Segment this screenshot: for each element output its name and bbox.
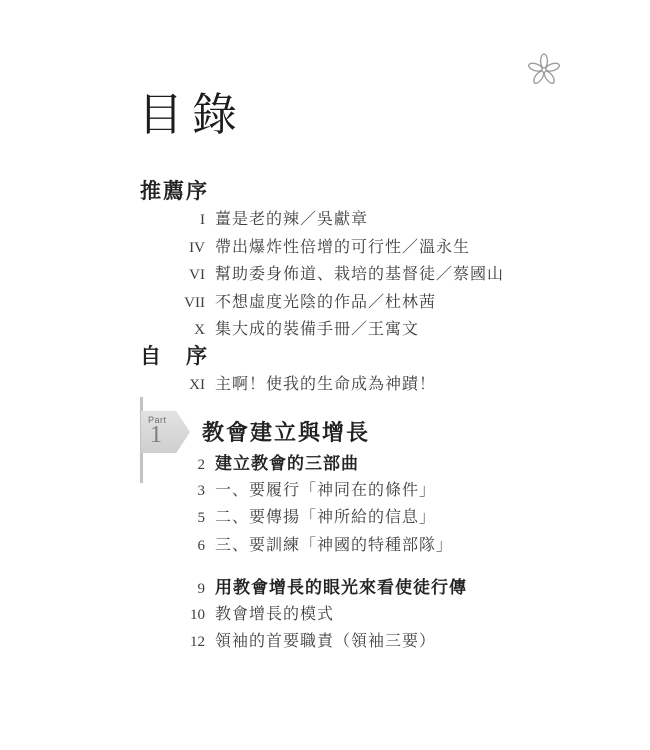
flower-icon xyxy=(526,50,562,88)
page-number: XI xyxy=(140,377,205,394)
preface-list: XI 主啊！使我的生命成為神蹟！ xyxy=(140,371,610,399)
entry-title: 領袖的首要職責（領袖三要） xyxy=(215,628,610,651)
part-badge-number: 1 xyxy=(150,422,162,448)
page-number: 2 xyxy=(140,457,205,474)
entry-title: 二、要傳揚「神所給的信息」 xyxy=(215,504,610,527)
page-number: VI xyxy=(140,267,205,284)
toc-row: XI 主啊！使我的生命成為神蹟！ xyxy=(140,371,610,399)
entry-title: 三、要訓練「神國的特種部隊」 xyxy=(215,532,610,555)
toc-row: X 集大成的裝備手冊／王寓文 xyxy=(140,316,610,344)
toc-row: I 薑是老的辣／吳獻章 xyxy=(140,206,610,234)
toc-row: 3 一、要履行「神同在的條件」 xyxy=(140,477,610,505)
toc-row: VI 幫助委身佈道、栽培的基督徒／蔡國山 xyxy=(140,261,610,289)
entry-title: 薑是老的辣／吳獻章 xyxy=(215,206,610,229)
part-title: 教會建立與增長 xyxy=(202,416,370,447)
page-number: X xyxy=(140,322,205,339)
page-number: 10 xyxy=(140,607,205,624)
entry-title: 用教會增長的眼光來看使徒行傳 xyxy=(215,573,610,598)
page-number: 12 xyxy=(140,634,205,651)
entry-title: 建立教會的三部曲 xyxy=(215,449,610,474)
entry-title: 集大成的裝備手冊／王寓文 xyxy=(215,316,610,339)
page-number: 5 xyxy=(140,510,205,527)
part-badge: Part 1 xyxy=(141,411,190,453)
page-number: 9 xyxy=(140,581,205,598)
chapter-group-2: 9 用教會增長的眼光來看使徒行傳 10 教會增長的模式 12 領袖的首要職責（領… xyxy=(140,573,610,656)
page-number: VII xyxy=(140,295,205,312)
toc-row: 10 教會增長的模式 xyxy=(140,601,610,629)
page-number: I xyxy=(140,212,205,229)
toc-row: 12 領袖的首要職責（領袖三要） xyxy=(140,628,610,656)
entry-title: 教會增長的模式 xyxy=(215,601,610,624)
toc-page: 目錄 推薦序 I 薑是老的辣／吳獻章 IV 帶出爆炸性倍增的可行性／溫永生 VI… xyxy=(0,0,650,750)
toc-row: IV 帶出爆炸性倍增的可行性／溫永生 xyxy=(140,234,610,262)
page-title: 目錄 xyxy=(138,90,246,142)
entry-title: 不想虛度光陰的作品／杜林茜 xyxy=(215,289,610,312)
section-heading-recommendations: 推薦序 xyxy=(140,175,209,205)
toc-row: 2 建立教會的三部曲 xyxy=(140,449,610,477)
entry-title: 幫助委身佈道、栽培的基督徒／蔡國山 xyxy=(215,261,610,284)
page-number: IV xyxy=(140,240,205,257)
page-number: 6 xyxy=(140,538,205,555)
recommendation-list: I 薑是老的辣／吳獻章 IV 帶出爆炸性倍增的可行性／溫永生 VI 幫助委身佈道… xyxy=(140,206,610,344)
toc-row: 9 用教會增長的眼光來看使徒行傳 xyxy=(140,573,610,601)
toc-row: 5 二、要傳揚「神所給的信息」 xyxy=(140,504,610,532)
entry-title: 主啊！使我的生命成為神蹟！ xyxy=(215,371,610,394)
toc-row: VII 不想虛度光陰的作品／杜林茜 xyxy=(140,289,610,317)
page-number: 3 xyxy=(140,483,205,500)
entry-title: 帶出爆炸性倍增的可行性／溫永生 xyxy=(215,234,610,257)
chapter-group-1: 2 建立教會的三部曲 3 一、要履行「神同在的條件」 5 二、要傳揚「神所給的信… xyxy=(140,449,610,559)
section-heading-preface: 自 序 xyxy=(140,340,209,370)
toc-row: 6 三、要訓練「神國的特種部隊」 xyxy=(140,532,610,560)
entry-title: 一、要履行「神同在的條件」 xyxy=(215,477,610,500)
